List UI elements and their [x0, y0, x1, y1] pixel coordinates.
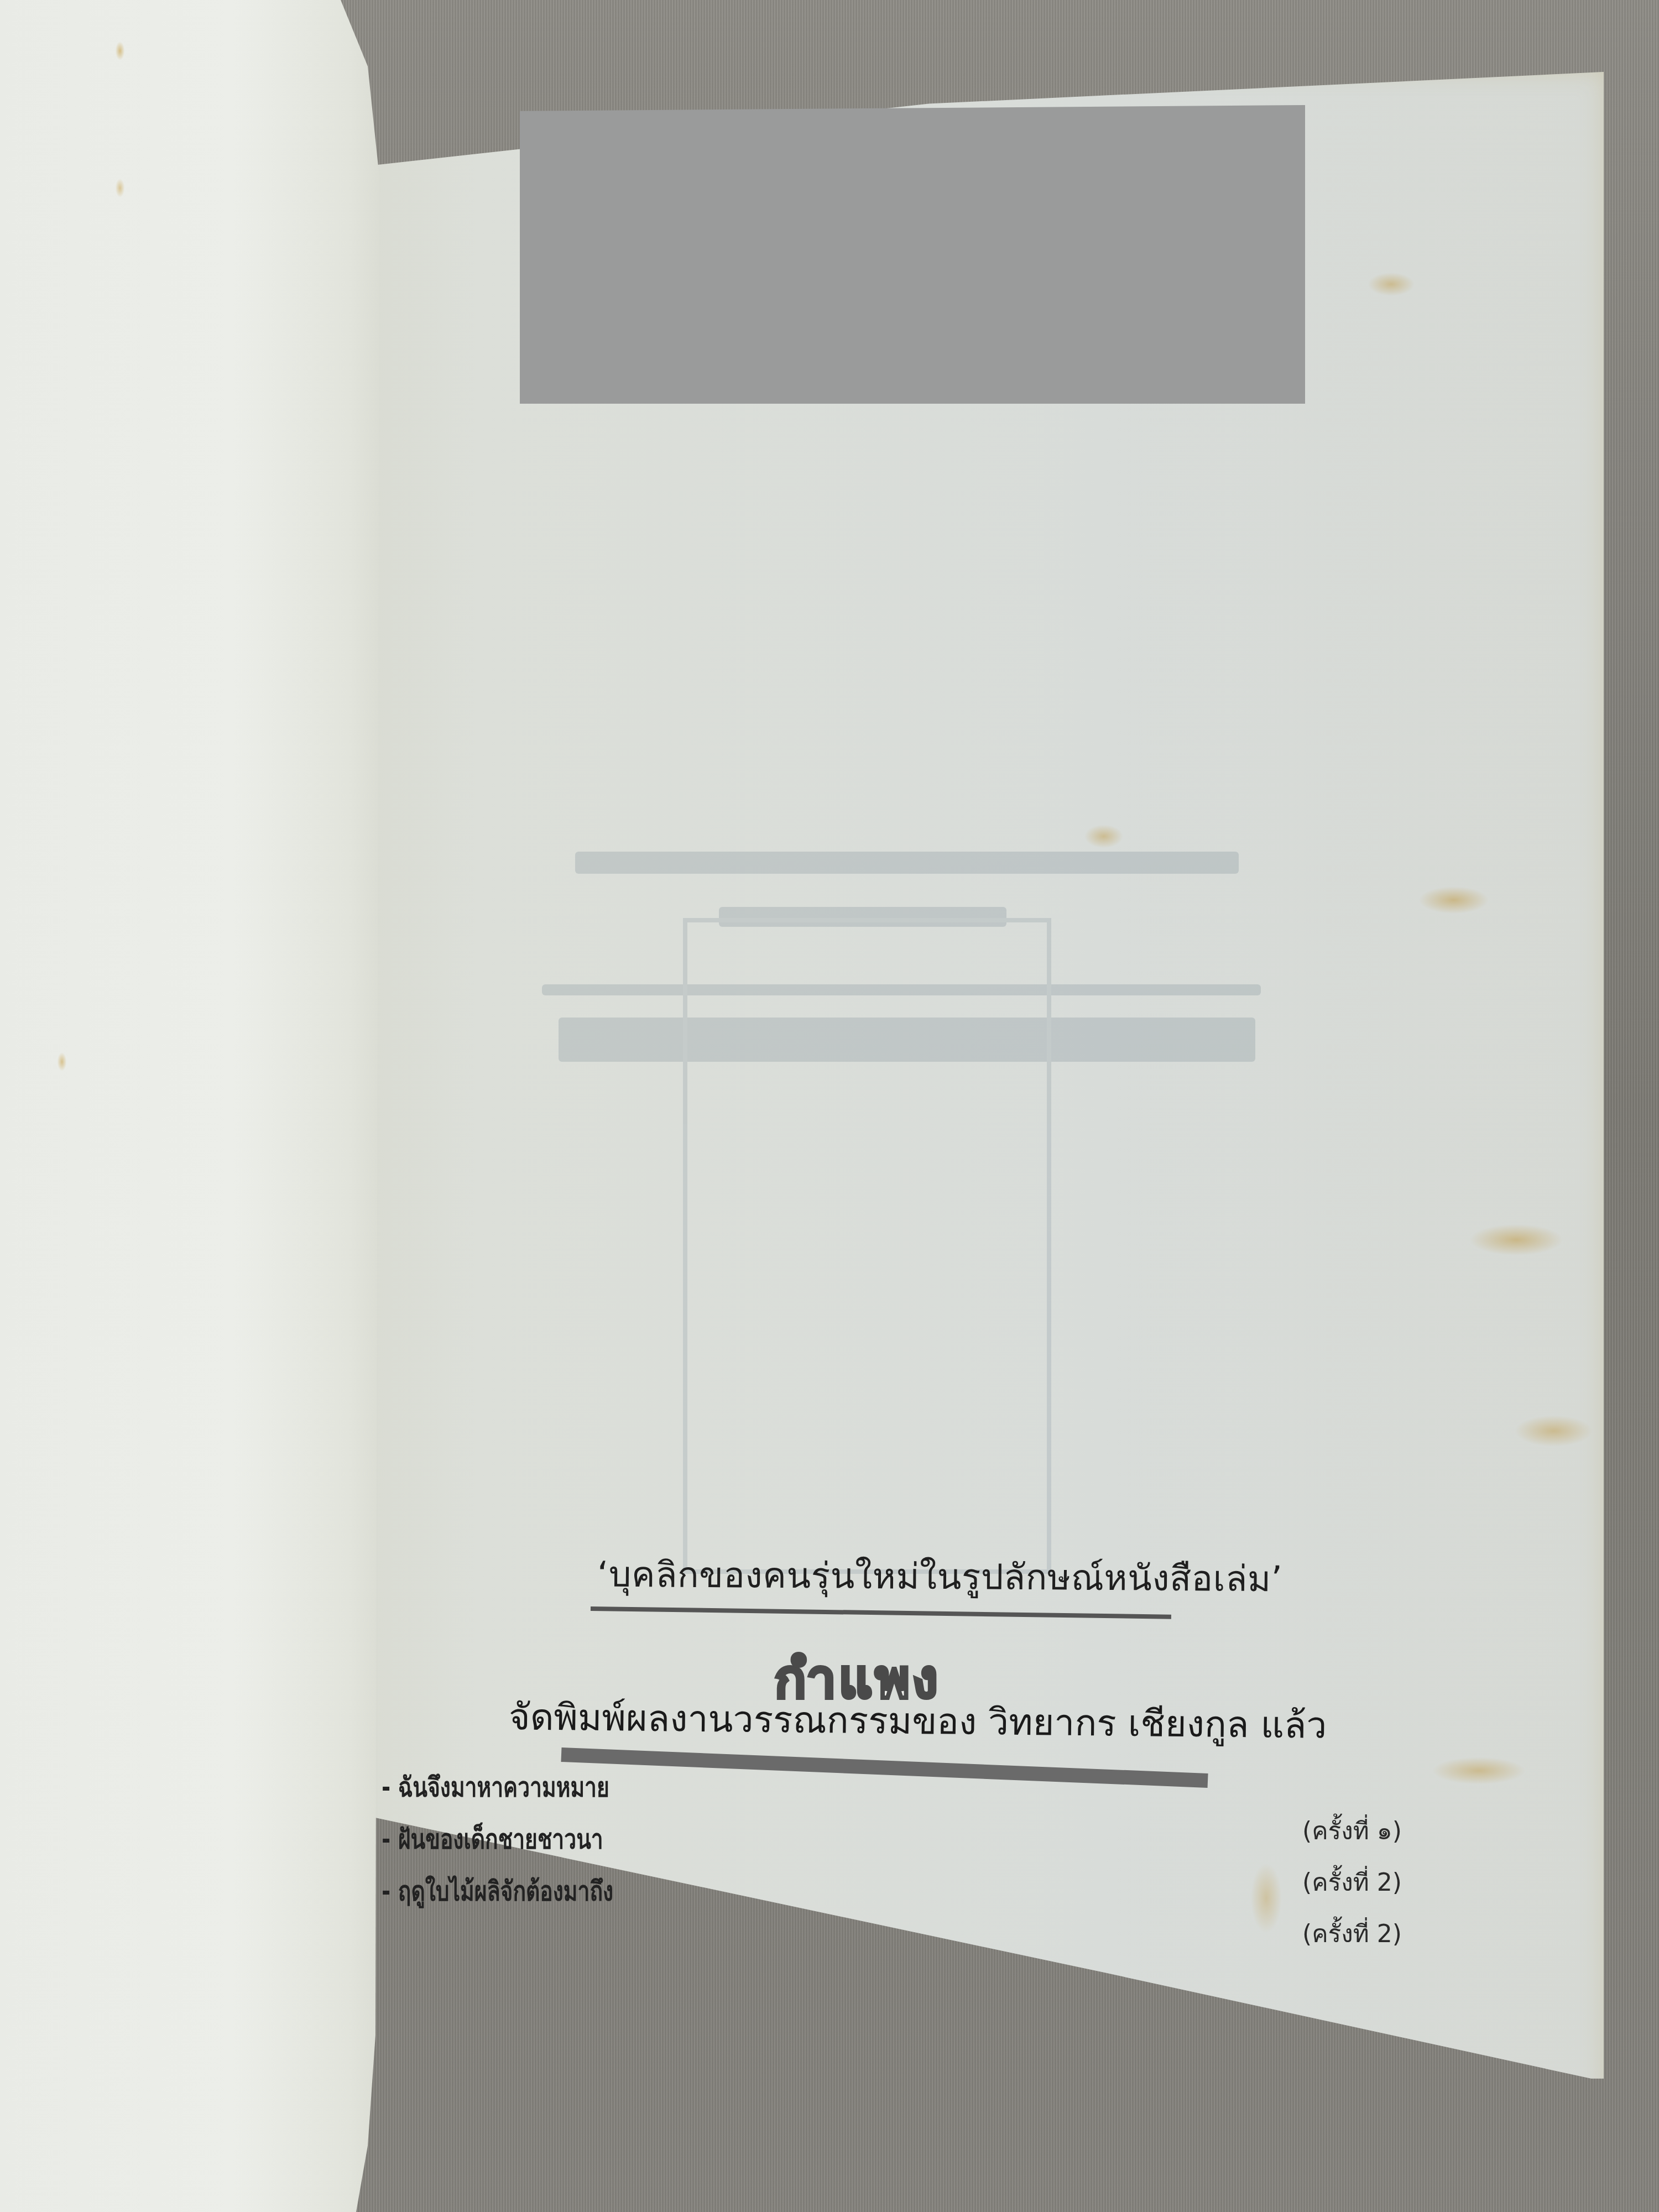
edition-list: (ครั้งที่ ๑) (ครั้งที่ 2) (ครั้งที่ 2) — [1302, 1806, 1402, 1960]
left-book-page — [0, 0, 387, 2212]
edition-note: (ครั้งที่ 2) — [1302, 1857, 1402, 1908]
work-title: - ฤดูใบไม้ผลิจักต้องมาถึง — [382, 1865, 613, 1917]
gray-cover-block — [520, 105, 1305, 404]
publisher-tagline: ‘บุคลิกของคนรุ่นใหม่ในรูปลักษณ์หนังสือเล… — [597, 1546, 1283, 1608]
edition-note: (ครั้งที่ 2) — [1302, 1908, 1402, 1960]
published-works-heading: จัดพิมพ์ผลงานวรรณกรรมของ วิทยากร เชียงกู… — [508, 1688, 1327, 1754]
edition-note: (ครั้งที่ ๑) — [1302, 1806, 1402, 1857]
work-title: - ฝันของเด็กชายชาวนา — [382, 1813, 613, 1865]
works-list: - ฉันจึงมาหาความหมาย - ฝันของเด็กชายชาวน… — [382, 1761, 679, 1917]
work-title: - ฉันจึงมาหาความหมาย — [382, 1761, 613, 1813]
